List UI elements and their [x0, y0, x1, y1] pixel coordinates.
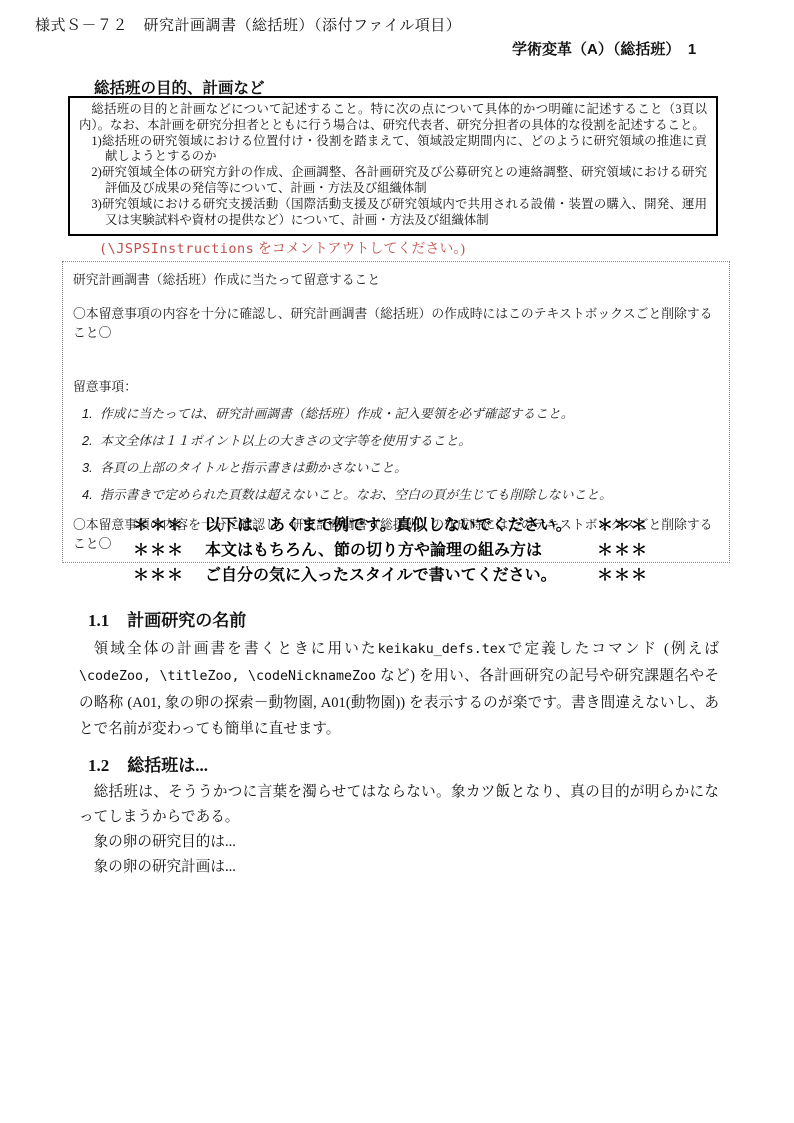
section-heading: 総括班の目的、計画など [94, 76, 265, 98]
example-warning-line-3: ＊＊＊ ご自分の気に入ったスタイルで書いてください。 ＊＊＊ [133, 563, 669, 588]
subsection-1-2-paragraph: 総括班は、そううかつに言葉を濁らせてはならない。象カツ飯となり、真の目的が明らか… [79, 780, 719, 880]
stars-right: ＊＊＊ [597, 538, 669, 563]
notice-item-4: 4. 指示書きで定められた頁数は超えないこと。なお、空白の頁が生じても削除しない… [73, 485, 719, 504]
notice-items-label: 留意事項： [73, 377, 719, 396]
stars-right: ＊＊＊ [597, 513, 669, 538]
tex-commands: \codeZoo, \titleZoo, \codeNicknameZoo [79, 669, 376, 684]
notice-item-number: 4. [82, 485, 100, 504]
subsection-number: 1.2 [88, 756, 109, 775]
stars-left: ＊＊＊ [133, 538, 205, 563]
notice-title: 研究計画調書（総括班）作成に当たって留意すること [73, 270, 719, 289]
paragraph-text: 領域全体の計画書を書くときに用いた [94, 641, 378, 657]
instruction-item-2: 2)研究領域全体の研究方針の作成、企画調整、各計画研究及び公募研究との連絡調整、… [79, 165, 707, 197]
subsection-title: 計画研究の名前 [127, 611, 246, 630]
comment-out-note: (\JSPSInstructions をコメントアウトしてください。) [99, 238, 465, 258]
example-warning-text: 本文はもちろん、節の切り方や論理の組み方は [205, 538, 597, 563]
note-text: をコメントアウトしてください。) [254, 242, 465, 257]
instruction-box: 総括班の目的と計画などについて記述すること。特に次の点について具体的かつ明確に記… [68, 96, 718, 236]
notice-item-text: 指示書きで定められた頁数は超えないこと。なお、空白の頁が生じても削除しないこと。 [100, 485, 612, 504]
latex-command: \JSPSInstructions [108, 241, 255, 257]
paragraph-text: 象の卵の研究計画は... [79, 855, 719, 880]
example-warning-text: 以下は、あくまで例です。真似しないでください。 [205, 513, 597, 538]
notice-item-number: 3. [82, 458, 100, 477]
notice-item-2: 2. 本文全体は１１ポイント以上の大きさの文字等を使用すること。 [73, 431, 719, 450]
document-page: 様式Ｓ－７２ 研究計画調書（総括班）（添付ファイル項目） 学術変革（A）（総括班… [0, 0, 794, 1123]
notice-item-text: 本文全体は１１ポイント以上の大きさの文字等を使用すること。 [100, 431, 471, 450]
stars-right: ＊＊＊ [597, 563, 669, 588]
example-warning-block: ＊＊＊ 以下は、あくまで例です。真似しないでください。 ＊＊＊ ＊＊＊ 本文はも… [133, 513, 669, 588]
notice-item-1: 1. 作成に当たっては、研究計画調書（総括班）作成・記入要領を必ず確認すること。 [73, 404, 719, 423]
notice-top: 〇本留意事項の内容を十分に確認し、研究計画調書（総括班）の作成時にはこのテキスト… [73, 304, 719, 342]
stars-left: ＊＊＊ [133, 563, 205, 588]
note-open-paren: ( [99, 241, 108, 257]
notice-item-text: 作成に当たっては、研究計画調書（総括班）作成・記入要領を必ず確認すること。 [100, 404, 573, 423]
subsection-title: 総括班は... [127, 756, 208, 775]
stars-left: ＊＊＊ [133, 513, 205, 538]
instruction-item-3: 3)研究領域における研究支援活動（国際活動支援及び研究領域内で共用される設備・装… [79, 197, 707, 229]
example-warning-line-2: ＊＊＊ 本文はもちろん、節の切り方や論理の組み方は ＊＊＊ [133, 538, 669, 563]
paragraph-text: 象の卵の研究目的は... [79, 830, 719, 855]
example-warning-text: ご自分の気に入ったスタイルで書いてください。 [205, 563, 597, 588]
paragraph-text: 総括班は、そううかつに言葉を濁らせてはならない。象カツ飯となり、真の目的が明らか… [79, 780, 719, 830]
example-warning-line-1: ＊＊＊ 以下は、あくまで例です。真似しないでください。 ＊＊＊ [133, 513, 669, 538]
instruction-item-1: 1)総括班の研究領域における位置付け・役割を踏まえて、領域設定期間内に、どのよう… [79, 134, 707, 166]
notice-item-number: 1. [82, 404, 100, 423]
notice-item-3: 3. 各頁の上部のタイトルと指示書きは動かさないこと。 [73, 458, 719, 477]
subsection-1-1-heading: 1.1計画研究の名前 [88, 606, 246, 631]
subsection-number: 1.1 [88, 611, 109, 630]
form-code-header: 様式Ｓ－７２ 研究計画調書（総括班）（添付ファイル項目） [35, 14, 461, 35]
notice-item-text: 各頁の上部のタイトルと指示書きは動かさないこと。 [100, 458, 407, 477]
subsection-1-1-paragraph: 領域全体の計画書を書くときに用いたkeikaku_defs.texで定義したコマ… [79, 636, 719, 742]
paragraph-text: で定義したコマンド (例えば [506, 641, 719, 657]
notice-item-number: 2. [82, 431, 100, 450]
instruction-intro: 総括班の目的と計画などについて記述すること。特に次の点について具体的かつ明確に記… [79, 102, 707, 134]
subsection-1-2-heading: 1.2総括班は... [88, 751, 208, 776]
tex-filename: keikaku_defs.tex [378, 642, 506, 657]
page-number-header: 学術変革（A）（総括班） 1 [512, 38, 696, 59]
